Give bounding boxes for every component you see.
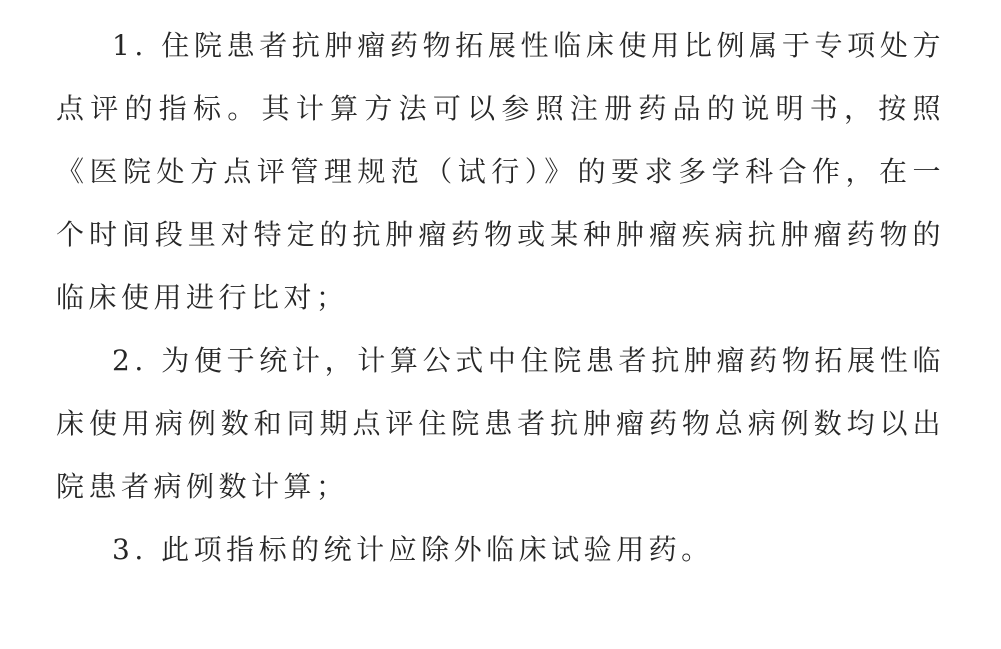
paragraph-2: 2. 为便于统计，计算公式中住院患者抗肿瘤药物拓展性临床使用病例数和同期点评住院… bbox=[56, 329, 945, 518]
paragraph-3: 3. 此项指标的统计应除外临床试验用药。 bbox=[56, 518, 945, 581]
document-page: 1. 住院患者抗肿瘤药物拓展性临床使用比例属于专项处方点评的指标。其计算方法可以… bbox=[0, 0, 1001, 649]
paragraph-1: 1. 住院患者抗肿瘤药物拓展性临床使用比例属于专项处方点评的指标。其计算方法可以… bbox=[56, 14, 945, 329]
